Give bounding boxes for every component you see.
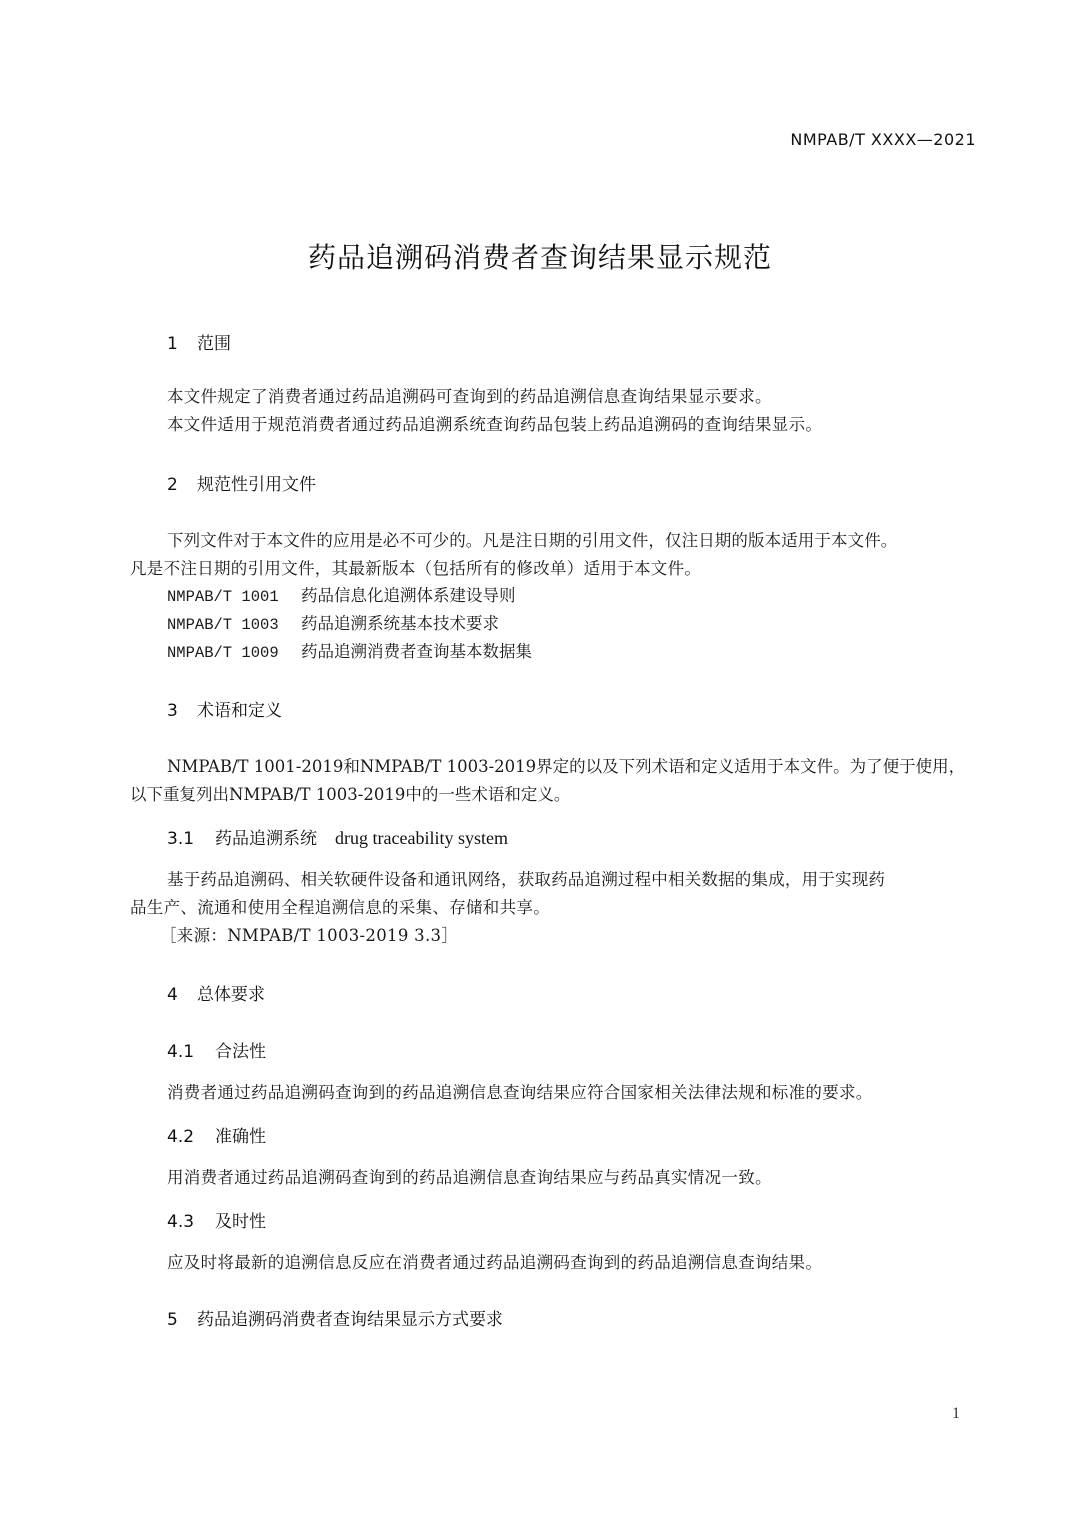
section-number: 1 — [167, 334, 197, 354]
page-number: 1 — [952, 1405, 960, 1423]
section-4-heading: 4总体要求 — [167, 980, 265, 1005]
subsection-title: 及时性 — [215, 1212, 266, 1232]
section-number: 3 — [167, 701, 197, 721]
subsection-title: 合法性 — [215, 1042, 266, 1062]
paragraph: NMPAB/T 1001-2019和NMPAB/T 1003-2019界定的以及… — [167, 753, 965, 777]
section-number: 5 — [167, 1310, 197, 1330]
reference-code: NMPAB/T 1009 — [167, 644, 301, 662]
section-title: 规范性引用文件 — [197, 475, 316, 495]
section-title: 总体要求 — [197, 985, 265, 1005]
reference-code: NMPAB/T 1003 — [167, 616, 301, 634]
section-number: 4 — [167, 985, 197, 1005]
reference-item: NMPAB/T 1003药品追溯系统基本技术要求 — [167, 610, 499, 634]
term-3-1-heading: 3.1药品追溯系统drug traceability system — [167, 824, 508, 849]
term-english: drug traceability system — [335, 828, 508, 848]
section-title: 药品追溯码消费者查询结果显示方式要求 — [197, 1310, 503, 1330]
section-number: 2 — [167, 475, 197, 495]
paragraph: 以下重复列出NMPAB/T 1003-2019中的一些术语和定义。 — [130, 781, 570, 805]
reference-item: NMPAB/T 1001药品信息化追溯体系建设导则 — [167, 582, 516, 606]
paragraph: 消费者通过药品追溯码查询到的药品追溯信息查询结果应符合国家相关法律法规和标准的要… — [167, 1079, 873, 1103]
standard-code: NMPAB/T XXXX—2021 — [790, 130, 976, 149]
reference-title: 药品追溯系统基本技术要求 — [301, 614, 499, 633]
subsection-title: 准确性 — [215, 1127, 266, 1147]
section-2-heading: 2规范性引用文件 — [167, 470, 316, 495]
reference-title: 药品信息化追溯体系建设导则 — [301, 586, 516, 605]
paragraph: 本文件规定了消费者通过药品追溯码可查询到的药品追溯信息查询结果显示要求。 — [167, 383, 772, 407]
term-chinese: 药品追溯系统 — [215, 829, 317, 849]
section-title: 范围 — [197, 334, 231, 354]
term-number: 3.1 — [167, 829, 215, 849]
reference-title: 药品追溯消费者查询基本数据集 — [301, 642, 532, 661]
paragraph: 基于药品追溯码、相关软硬件设备和通讯网络，获取药品追溯过程中相关数据的集成，用于… — [167, 866, 885, 890]
document-title: 药品追溯码消费者查询结果显示规范 — [0, 236, 1080, 276]
paragraph: 凡是不注日期的引用文件，其最新版本（包括所有的修改单）适用于本文件。 — [130, 555, 701, 579]
document-page: NMPAB/T XXXX—2021 药品追溯码消费者查询结果显示规范 1范围 本… — [0, 0, 1080, 1527]
subsection-4-1-heading: 4.1合法性 — [167, 1037, 266, 1062]
subsection-number: 4.3 — [167, 1212, 215, 1232]
paragraph: 下列文件对于本文件的应用是必不可少的。凡是注日期的引用文件，仅注日期的版本适用于… — [167, 527, 897, 551]
subsection-number: 4.2 — [167, 1127, 215, 1147]
paragraph: 品生产、流通和使用全程追溯信息的采集、存储和共享。 — [130, 894, 550, 918]
subsection-4-3-heading: 4.3及时性 — [167, 1207, 266, 1232]
section-title: 术语和定义 — [197, 701, 282, 721]
section-5-heading: 5药品追溯码消费者查询结果显示方式要求 — [167, 1305, 503, 1330]
subsection-4-2-heading: 4.2准确性 — [167, 1122, 266, 1147]
reference-item: NMPAB/T 1009药品追溯消费者查询基本数据集 — [167, 638, 532, 662]
paragraph: 用消费者通过药品追溯码查询到的药品追溯信息查询结果应与药品真实情况一致。 — [167, 1164, 772, 1188]
section-3-heading: 3术语和定义 — [167, 696, 282, 721]
reference-code: NMPAB/T 1001 — [167, 588, 301, 606]
subsection-number: 4.1 — [167, 1042, 215, 1062]
paragraph: 应及时将最新的追溯信息反应在消费者通过药品追溯码查询到的药品追溯信息查询结果。 — [167, 1249, 822, 1273]
paragraph: 本文件适用于规范消费者通过药品追溯系统查询药品包装上药品追溯码的查询结果显示。 — [167, 411, 822, 435]
section-1-heading: 1范围 — [167, 329, 231, 354]
term-source: ［来源：NMPAB/T 1003-2019 3.3］ — [160, 922, 458, 946]
